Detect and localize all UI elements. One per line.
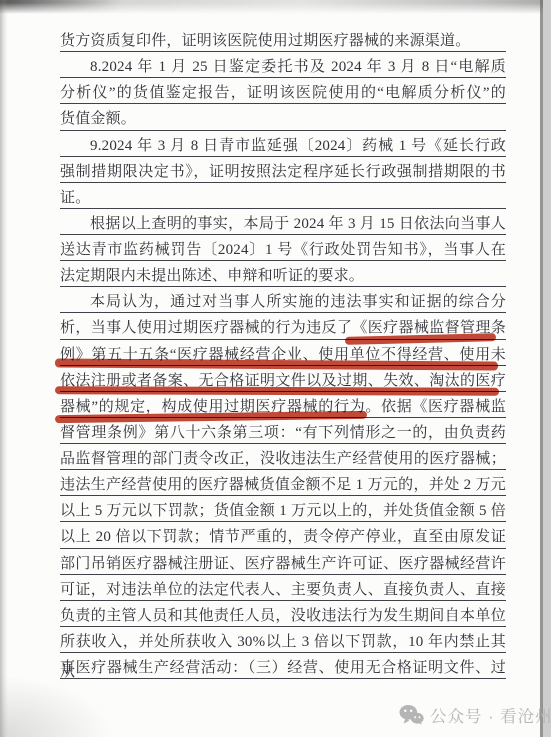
line-text: 8.2024 年 1 月 25 日鉴定委托书及 2024 年 3 月 8 日“电… [60,52,506,78]
document-line: 根据以上查明的事实，本局于 2024 年 3 月 15 日依法向当事人 [60,209,506,235]
line-text: 可证，对违法单位的法定代表人、主要负责人、直接负责人、直接 [60,575,506,601]
document-body: 货方资质复印件，证明该医院使用过期医疗器械的来源渠道。8.2024 年 1 月 … [60,26,506,679]
document-line: 部门吊销医疗器械注册证、医疗器械生产许可证、医疗器械经营许 [60,549,506,575]
line-text: 法定期限内未提出陈述、申辩和听证的要求。 [60,261,506,287]
document-line: 负责的主管人员和其他责任人员，没收违法行为发生期间自本单位 [60,601,506,627]
watermark-text: 公众号 · 看沧州 [430,703,551,727]
document-line: 器械”的规定，构成使用过期医疗器械的行为。依据《医疗器械监 [60,392,506,418]
watermark: 公众号 · 看沧州 [399,703,551,727]
document-line: 品监督管理的部门责令改正，没收违法生产经营使用的医疗器械； [60,444,506,470]
red-underline-mark [55,386,499,396]
document-line: 证。 [60,183,506,209]
document-line: 以上 20 倍以下罚款；情节严重的，责令停产停业，直至由原发证 [60,522,506,548]
document-line: 析，当事人使用过期医疗器械的行为违反了《医疗器械监督管理条 [60,313,506,339]
photo-corner-shade [0,677,110,737]
line-text: 货值金额。 [60,104,506,130]
line-text: 分析仪”的货值鉴定报告，证明该医院使用的“电解质分析仪”的 [60,78,506,104]
line-text: 强制措期限决定书》，证明按照法定程序延长行政强制措期限的书 [60,157,506,183]
photo-edge-left [0,0,8,737]
line-text: 品监督管理的部门责令改正，没收违法生产经营使用的医疗器械； [60,444,506,470]
line-text: 以上 20 倍以下罚款；情节严重的，责令停产停业，直至由原发证 [60,522,506,548]
line-text: 负责的主管人员和其他责任人员，没收违法行为发生期间自本单位 [60,601,506,627]
photo-edge-right [543,0,551,737]
line-text: 事医疗器械生产经营活动：（三）经营、使用无合格证明文件、过 [60,653,506,679]
line-text: 所获收入，并处所获收入 30%以上 3 倍以下罚款，10 年内禁止其从 [60,627,506,653]
line-text: 货方资质复印件，证明该医院使用过期医疗器械的来源渠道。 [60,26,506,52]
document-line: 8.2024 年 1 月 25 日鉴定委托书及 2024 年 3 月 8 日“电… [60,52,506,78]
line-text: 根据以上查明的事实，本局于 2024 年 3 月 15 日依法向当事人 [60,209,506,235]
line-text: 部门吊销医疗器械注册证、医疗器械生产许可证、医疗器械经营许 [60,549,506,575]
line-text: 证。 [60,183,506,209]
document-line: 本局认为，通过对当事人所实施的违法事实和证据的综合分 [60,287,506,313]
line-text: 以上 5 万元以下罚款；货值金额 1 万元以上的，并处货值金额 5 倍 [60,496,506,522]
line-text: 9.2024 年 3 月 8 日青市监延强〔2024〕药械 1 号《延长行政 [60,131,506,157]
document-line: 货方资质复印件，证明该医院使用过期医疗器械的来源渠道。 [60,26,506,52]
document-line: 所获收入，并处所获收入 30%以上 3 倍以下罚款，10 年内禁止其从 [60,627,506,653]
line-text: 送达青市监药械罚告〔2024〕1 号《行政处罚告知书》，当事人在 [60,235,506,261]
document-line: 法定期限内未提出陈述、申辩和听证的要求。 [60,261,506,287]
document-line: 事医疗器械生产经营活动：（三）经营、使用无合格证明文件、过 [60,653,506,679]
document-line: 货值金额。 [60,104,506,130]
document-line: 分析仪”的货值鉴定报告，证明该医院使用的“电解质分析仪”的 [60,78,506,104]
document-line: 强制措期限决定书》，证明按照法定程序延长行政强制措期限的书 [60,157,506,183]
document-line: 以上 5 万元以下罚款；货值金额 1 万元以上的，并处货值金额 5 倍 [60,496,506,522]
line-text: 本局认为，通过对当事人所实施的违法事实和证据的综合分 [60,287,506,313]
page-edge-line [540,0,543,737]
document-line: 例》第五十五条“医疗器械经营企业、使用单位不得经营、使用未 [60,340,506,366]
document-line: 9.2024 年 3 月 8 日青市监延强〔2024〕药械 1 号《延长行政 [60,131,506,157]
document-line: 送达青市监药械罚告〔2024〕1 号《行政处罚告知书》，当事人在 [60,235,506,261]
document-line: 违法生产经营使用的医疗器械货值金额不足 1 万元的，并处 2 万元 [60,470,506,496]
wechat-icon [399,704,424,726]
line-text: 违法生产经营使用的医疗器械货值金额不足 1 万元的，并处 2 万元 [60,470,506,496]
photo-edge-top [0,0,551,14]
document-page: 货方资质复印件，证明该医院使用过期医疗器械的来源渠道。8.2024 年 1 月 … [0,0,551,737]
document-line: 可证，对违法单位的法定代表人、主要负责人、直接负责人、直接 [60,575,506,601]
